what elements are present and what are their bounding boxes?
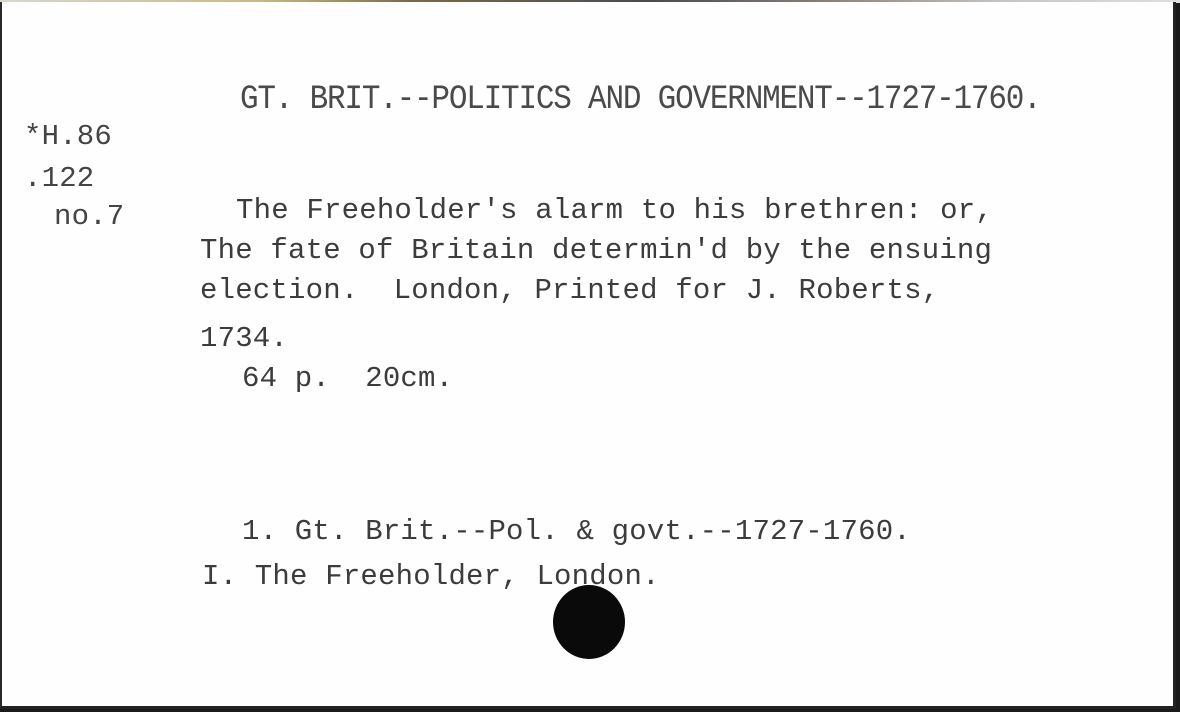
subject-heading: GT. BRIT.--POLITICS AND GOVERNMENT--1727… <box>240 80 1041 119</box>
title-line-4: 1734. <box>200 322 288 355</box>
tracing-subject: 1. Gt. Brit.--Pol. & govt.--1727-1760. <box>242 515 911 548</box>
call-number-line-3: no.7 <box>54 200 124 233</box>
collation: 64 p. 20cm. <box>242 362 453 395</box>
title-line-2: The fate of Britain determin'd by the en… <box>200 234 992 267</box>
title-line-3: election. London, Printed for J. Roberts… <box>200 274 939 307</box>
call-number-line-1: *H.86 <box>24 120 112 153</box>
punch-hole <box>553 585 625 659</box>
title-line-1: The Freeholder's alarm to his brethren: … <box>236 194 993 227</box>
call-number-line-2: .122 <box>24 162 94 195</box>
catalog-card: GT. BRIT.--POLITICS AND GOVERNMENT--1727… <box>0 2 1176 709</box>
